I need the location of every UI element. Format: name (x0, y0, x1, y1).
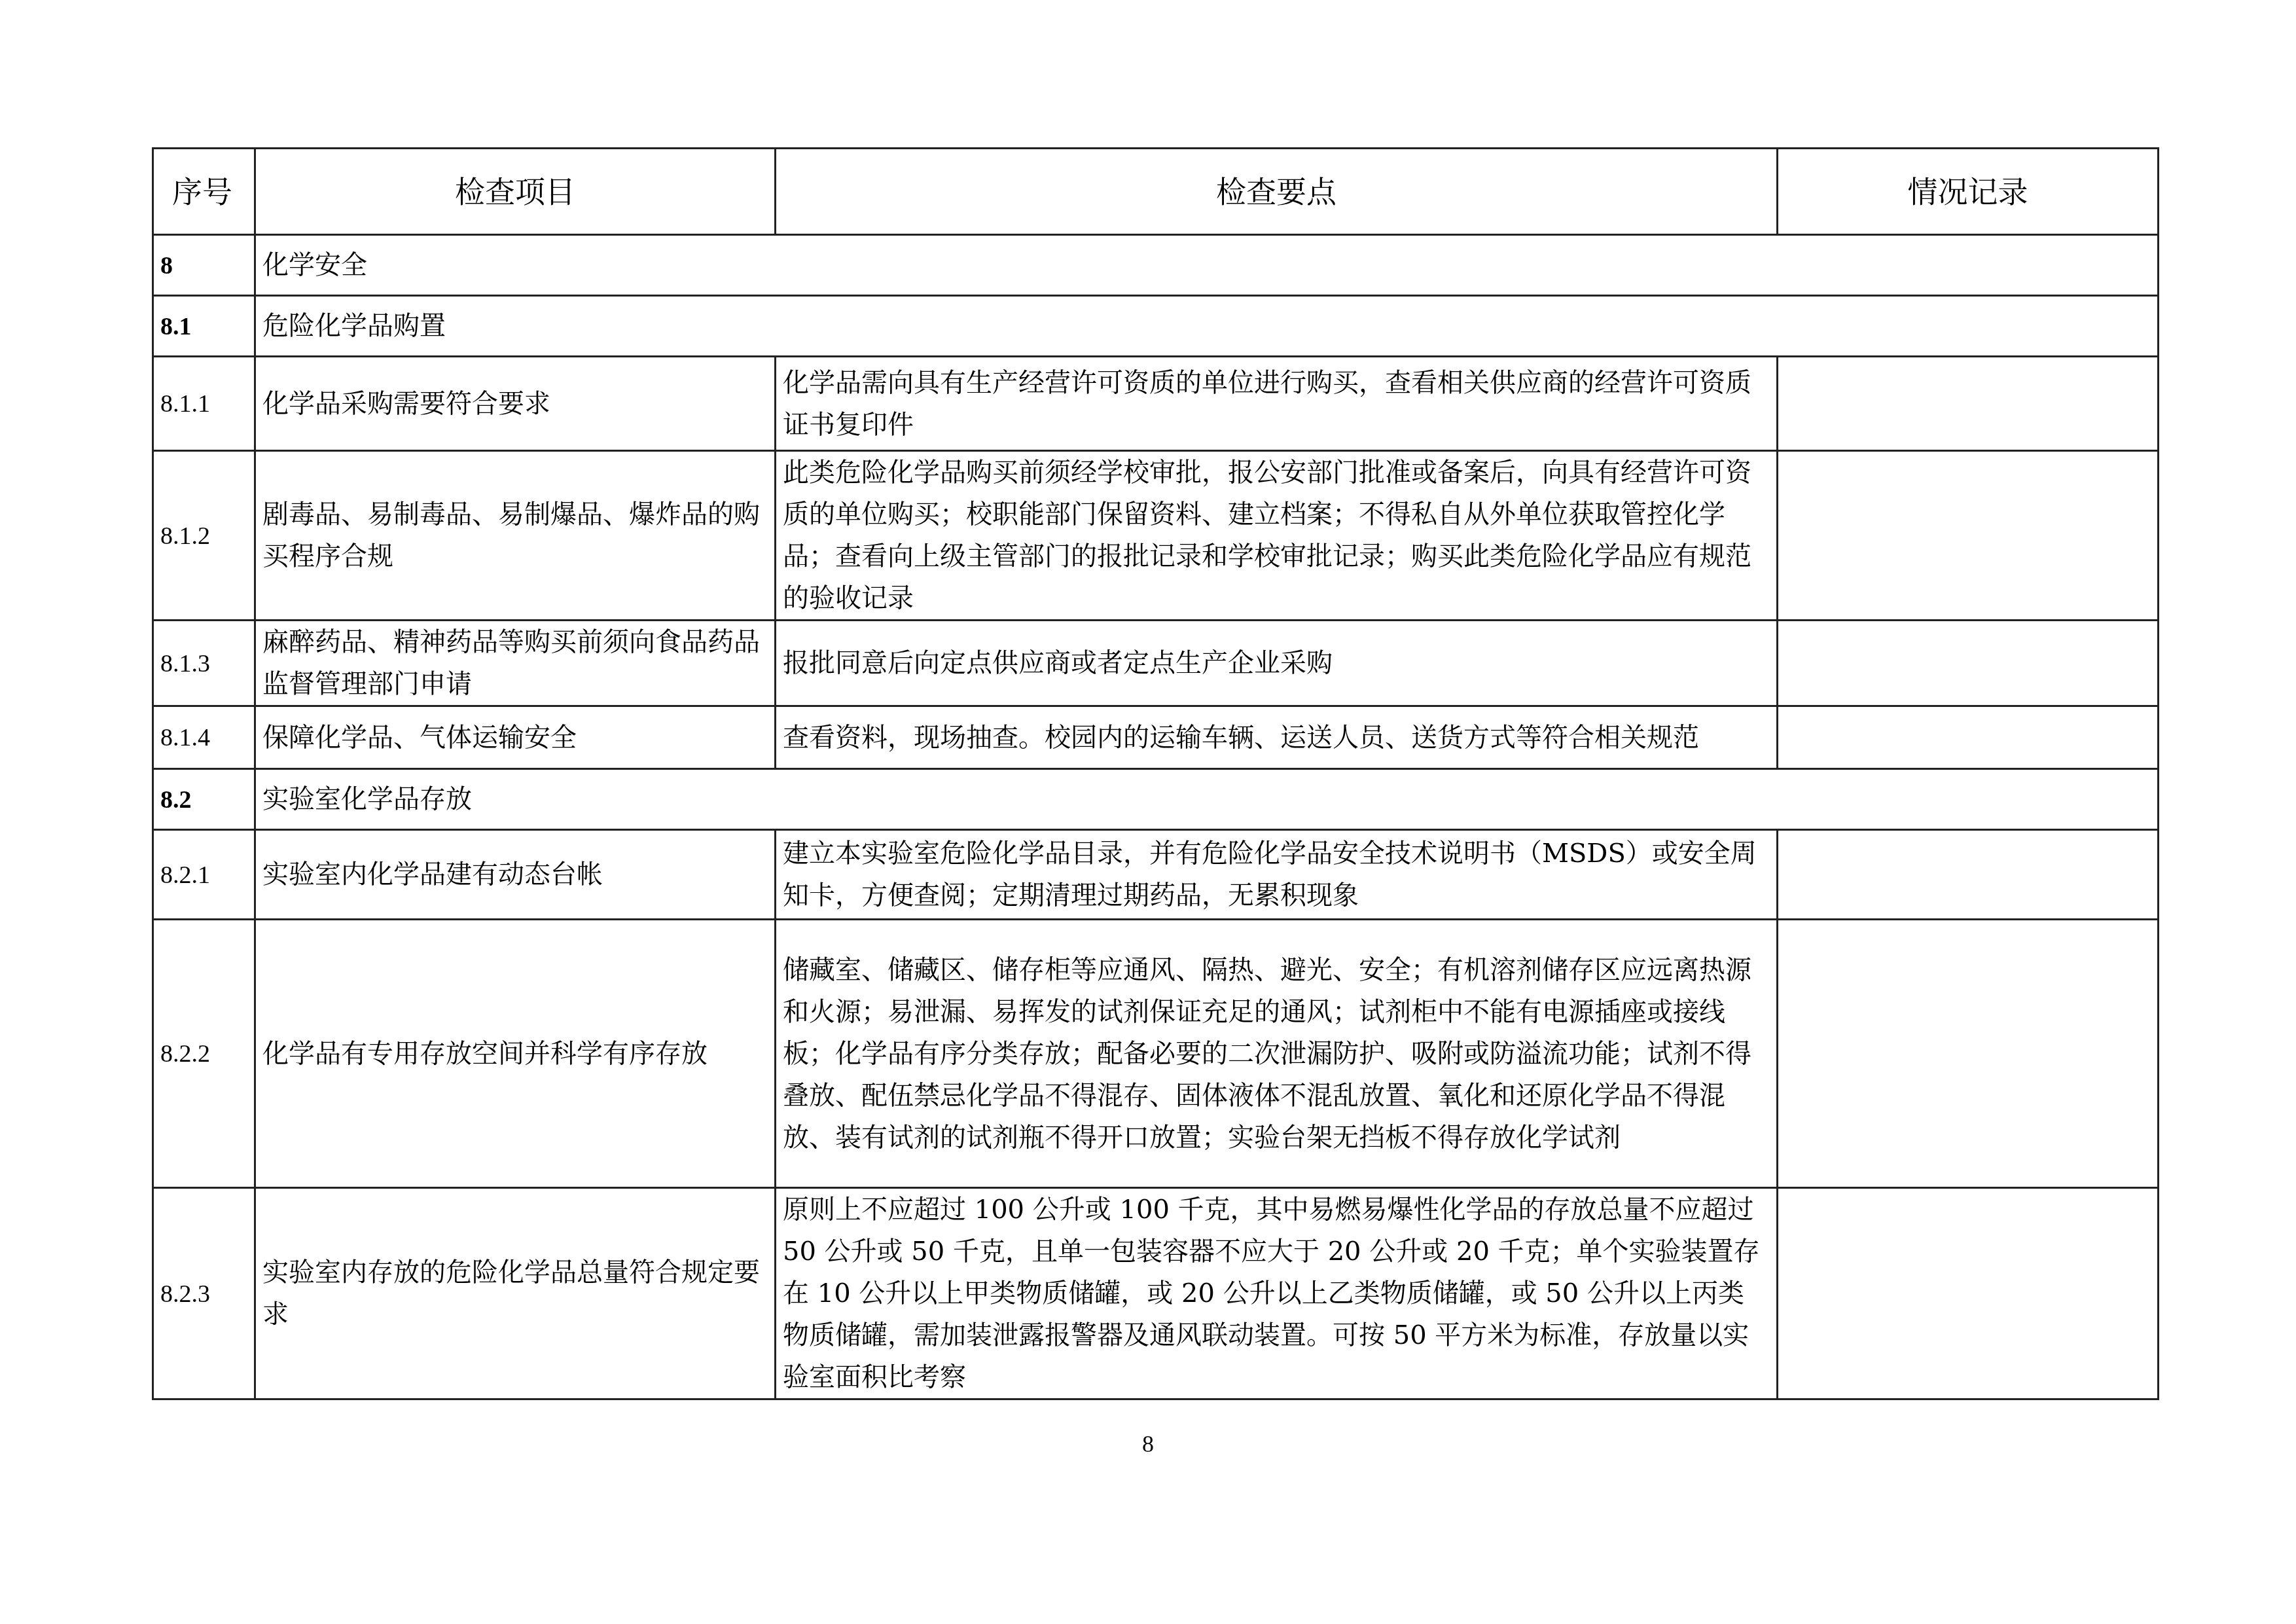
header-no: 序号 (153, 149, 255, 235)
header-item: 检查项目 (255, 149, 776, 235)
section-title: 危险化学品购置 (255, 296, 2159, 357)
row-item: 化学品采购需要符合要求 (255, 357, 776, 451)
row-record-cell[interactable] (1778, 830, 2159, 920)
row-item: 剧毒品、易制毒品、易制爆品、爆炸品的购买程序合规 (255, 451, 776, 621)
page-number: 8 (0, 1430, 2296, 1458)
header-record: 情况记录 (1778, 149, 2159, 235)
section-row-8-1: 8.1 危险化学品购置 (153, 296, 2159, 357)
table-row: 8.2.2 化学品有专用存放空间并科学有序存放 储藏室、储藏区、储存柜等应通风、… (153, 920, 2159, 1188)
section-no: 8.2 (153, 769, 255, 830)
row-points: 原则上不应超过 100 公升或 100 千克，其中易燃易爆性化学品的存放总量不应… (776, 1188, 1778, 1399)
section-no: 8.1 (153, 296, 255, 357)
section-title: 化学安全 (255, 235, 2159, 296)
row-item: 麻醉药品、精神药品等购买前须向食品药品监督管理部门申请 (255, 621, 776, 706)
section-row-8: 8 化学安全 (153, 235, 2159, 296)
row-record-cell[interactable] (1778, 920, 2159, 1188)
table-row: 8.2.3 实验室内存放的危险化学品总量符合规定要求 原则上不应超过 100 公… (153, 1188, 2159, 1399)
row-no: 8.2.3 (153, 1188, 255, 1399)
header-points: 检查要点 (776, 149, 1778, 235)
table-row: 8.1.3 麻醉药品、精神药品等购买前须向食品药品监督管理部门申请 报批同意后向… (153, 621, 2159, 706)
row-no: 8.1.3 (153, 621, 255, 706)
table-row: 8.2.1 实验室内化学品建有动态台帐 建立本实验室危险化学品目录，并有危险化学… (153, 830, 2159, 920)
table-row: 8.1.1 化学品采购需要符合要求 化学品需向具有生产经营许可资质的单位进行购买… (153, 357, 2159, 451)
section-no: 8 (153, 235, 255, 296)
section-title: 实验室化学品存放 (255, 769, 2159, 830)
row-record-cell[interactable] (1778, 357, 2159, 451)
row-item: 实验室内化学品建有动态台帐 (255, 830, 776, 920)
row-record-cell[interactable] (1778, 1188, 2159, 1399)
row-no: 8.1.1 (153, 357, 255, 451)
row-points: 储藏室、储藏区、储存柜等应通风、隔热、避光、安全；有机溶剂储存区应远离热源和火源… (776, 920, 1778, 1188)
table-row: 8.1.4 保障化学品、气体运输安全 查看资料，现场抽查。校园内的运输车辆、运送… (153, 706, 2159, 769)
row-points: 报批同意后向定点供应商或者定点生产企业采购 (776, 621, 1778, 706)
row-no: 8.1.2 (153, 451, 255, 621)
row-record-cell[interactable] (1778, 451, 2159, 621)
table-row: 8.1.2 剧毒品、易制毒品、易制爆品、爆炸品的购买程序合规 此类危险化学品购买… (153, 451, 2159, 621)
row-record-cell[interactable] (1778, 706, 2159, 769)
row-points: 此类危险化学品购买前须经学校审批，报公安部门批准或备案后，向具有经营许可资质的单… (776, 451, 1778, 621)
inspection-table: 序号 检查项目 检查要点 情况记录 8 化学安全 8.1 危险化学品购置 8.1… (152, 147, 2159, 1400)
row-points: 建立本实验室危险化学品目录，并有危险化学品安全技术说明书（MSDS）或安全周知卡… (776, 830, 1778, 920)
row-item: 化学品有专用存放空间并科学有序存放 (255, 920, 776, 1188)
row-points: 化学品需向具有生产经营许可资质的单位进行购买，查看相关供应商的经营许可资质证书复… (776, 357, 1778, 451)
row-no: 8.2.1 (153, 830, 255, 920)
row-points: 查看资料，现场抽查。校园内的运输车辆、运送人员、送货方式等符合相关规范 (776, 706, 1778, 769)
row-no: 8.1.4 (153, 706, 255, 769)
row-no: 8.2.2 (153, 920, 255, 1188)
row-record-cell[interactable] (1778, 621, 2159, 706)
row-item: 保障化学品、气体运输安全 (255, 706, 776, 769)
header-row: 序号 检查项目 检查要点 情况记录 (153, 149, 2159, 235)
row-item: 实验室内存放的危险化学品总量符合规定要求 (255, 1188, 776, 1399)
section-row-8-2: 8.2 实验室化学品存放 (153, 769, 2159, 830)
